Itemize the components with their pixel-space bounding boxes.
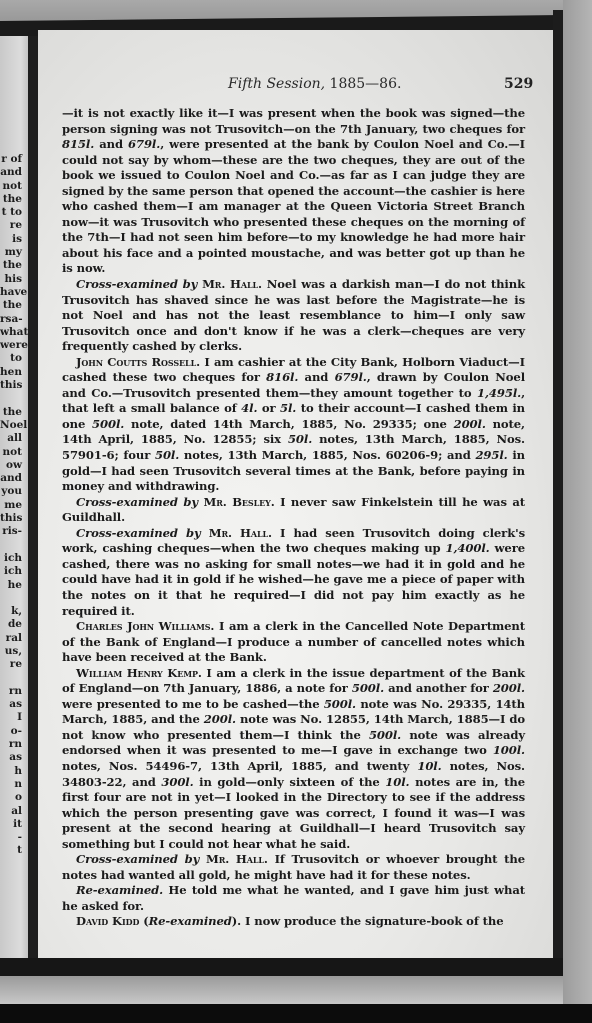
italic-text: 679l. bbox=[128, 137, 160, 151]
margin-fragment: the bbox=[0, 406, 22, 419]
speaker-name: Mr. Hall. bbox=[201, 526, 272, 540]
margin-fragment: as bbox=[0, 698, 22, 711]
italic-text: 5l. bbox=[280, 401, 296, 415]
margin-fragment: not bbox=[0, 180, 22, 193]
margin-fragment: the bbox=[0, 299, 22, 312]
margin-fragment: re is bbox=[0, 219, 22, 246]
session-years: 1885—86. bbox=[325, 76, 401, 92]
text-run: ). I now produce the signature-book of t… bbox=[232, 914, 504, 928]
margin-fragment: Noel bbox=[0, 419, 22, 432]
text-run: were presented to me to be cashed—the bbox=[62, 697, 324, 711]
speaker-name: John Coutts Rossell. bbox=[76, 355, 200, 369]
margin-fragment: this bbox=[0, 379, 22, 392]
margin-fragment: have bbox=[0, 286, 22, 299]
margin-fragment: o bbox=[0, 791, 22, 804]
margin-fragment: - bbox=[0, 831, 22, 844]
margin-fragment: rsa- bbox=[0, 313, 22, 326]
margin-fragment: you bbox=[0, 485, 22, 498]
margin-fragment: k, bbox=[0, 605, 22, 618]
italic-text: 4l. bbox=[241, 401, 257, 415]
italic-text: 200l. bbox=[493, 681, 525, 695]
scan-bottom-border bbox=[0, 1004, 592, 1023]
italic-text: 200l. bbox=[204, 712, 236, 726]
italic-text: 10l. bbox=[417, 759, 441, 773]
margin-fragment: n bbox=[0, 778, 22, 791]
text-run: note, dated 14th March, 1885, No. 29335;… bbox=[124, 417, 453, 431]
margin-fragment: were bbox=[0, 339, 22, 352]
italic-text: 300l. bbox=[161, 775, 193, 789]
margin-fragment: al bbox=[0, 805, 22, 818]
margin-fragment: t bbox=[0, 844, 22, 857]
margin-fragment: all bbox=[0, 432, 22, 445]
scan-frame-bottom-edge bbox=[0, 958, 563, 976]
margin-fragment: this bbox=[0, 512, 22, 525]
margin-fragment: ris- bbox=[0, 525, 22, 538]
speaker-name: Mr. Hall. bbox=[199, 852, 268, 866]
italic-text: 500l. bbox=[352, 681, 384, 695]
scan-bottom-background bbox=[0, 976, 563, 1004]
speaker-name: Mr. Besley. bbox=[198, 495, 275, 509]
paragraph: Cross-examined by Mr. Besley. I never sa… bbox=[62, 495, 525, 526]
margin-fragment: ich bbox=[0, 565, 22, 578]
margin-fragment: ich bbox=[0, 552, 22, 565]
margin-fragment bbox=[0, 672, 22, 685]
text-run: notes, 13th March, 1885, Nos. 60206-9; a… bbox=[179, 448, 475, 462]
margin-fragment: he bbox=[0, 579, 22, 592]
paragraph: Cross-examined by Mr. Hall. I had seen T… bbox=[62, 526, 525, 619]
italic-text: 50l. bbox=[155, 448, 179, 462]
margin-fragment: and bbox=[0, 166, 22, 179]
body-text: —it is not exactly like it—I was present… bbox=[62, 106, 525, 930]
margin-fragment: my bbox=[0, 246, 22, 259]
margin-fragment: o- bbox=[0, 725, 22, 738]
italic-text: 1,400l. bbox=[446, 541, 490, 555]
italic-text: Cross-examined by bbox=[76, 495, 198, 509]
margin-fragment: it bbox=[0, 818, 22, 831]
text-run: or bbox=[257, 401, 280, 415]
margin-fragment: what bbox=[0, 326, 22, 339]
margin-fragment: r of bbox=[0, 153, 22, 166]
italic-text: 1,495l. bbox=[477, 386, 521, 400]
paragraph: Cross-examined by Mr. Hall. If Trusovitc… bbox=[62, 852, 525, 883]
speaker-name: David Kidd bbox=[76, 914, 139, 928]
margin-fragment: me bbox=[0, 499, 22, 512]
scan-right-background bbox=[563, 0, 592, 1023]
margin-fragment: and bbox=[0, 472, 22, 485]
italic-text: 679l. bbox=[335, 370, 367, 384]
paragraph: William Henry Kemp. I am a clerk in the … bbox=[62, 666, 525, 853]
text-run: notes, Nos. 54496-7, 13th April, 1885, a… bbox=[62, 759, 417, 773]
italic-text: 50l. bbox=[288, 432, 312, 446]
margin-fragment bbox=[0, 392, 22, 405]
italic-text: 500l. bbox=[324, 697, 356, 711]
margin-fragment: not bbox=[0, 446, 22, 459]
session-title: Fifth Session, bbox=[228, 76, 325, 92]
paragraph: Charles John Williams. I am a clerk in t… bbox=[62, 619, 525, 666]
facing-page-text-fragments: r ofandnotthet tore ismythehishavethersa… bbox=[0, 153, 22, 858]
margin-fragment: rn bbox=[0, 685, 22, 698]
italic-text: Re-examined. bbox=[76, 883, 163, 897]
speaker-name: Mr. Hall. bbox=[197, 277, 262, 291]
margin-fragment: us, bbox=[0, 645, 22, 658]
running-head-title: Fifth Session, 1885—86. bbox=[228, 76, 401, 92]
speaker-name: William Henry Kemp. bbox=[76, 666, 202, 680]
margin-fragment: the bbox=[0, 259, 22, 272]
text-run: —it is not exactly like it—I was present… bbox=[62, 106, 525, 136]
paragraph: David Kidd (Re-examined). I now produce … bbox=[62, 914, 525, 930]
text-run: and another for bbox=[384, 681, 493, 695]
margin-fragment: re bbox=[0, 658, 22, 671]
italic-text: 295l. bbox=[475, 448, 507, 462]
document-page: Fifth Session, 1885—86. 529 —it is not e… bbox=[38, 30, 553, 958]
text-run: , were presented at the bank by Coulon N… bbox=[62, 137, 525, 275]
margin-fragment: h bbox=[0, 765, 22, 778]
italic-text: 500l. bbox=[369, 728, 401, 742]
margin-fragment: his bbox=[0, 273, 22, 286]
margin-fragment: as bbox=[0, 751, 22, 764]
page-number: 529 bbox=[504, 76, 533, 92]
italic-text: Cross-examined by bbox=[76, 852, 199, 866]
italic-text: 200l. bbox=[454, 417, 486, 431]
facing-page-edge: r ofandnotthet tore ismythehishavethersa… bbox=[0, 36, 30, 964]
margin-fragment: de bbox=[0, 618, 22, 631]
margin-fragment: ral bbox=[0, 632, 22, 645]
margin-fragment bbox=[0, 539, 22, 552]
paragraph: Re-examined. He told me what he wanted, … bbox=[62, 883, 525, 914]
margin-fragment: I bbox=[0, 711, 22, 724]
italic-text: 816l. bbox=[266, 370, 298, 384]
text-run: and bbox=[298, 370, 334, 384]
margin-fragment bbox=[0, 592, 22, 605]
scan-frame-right-edge bbox=[553, 10, 563, 970]
speaker-name: Charles John Williams. bbox=[76, 619, 214, 633]
margin-fragment: rn bbox=[0, 738, 22, 751]
paragraph: John Coutts Rossell. I am cashier at the… bbox=[62, 355, 525, 495]
margin-fragment: the bbox=[0, 193, 22, 206]
italic-text: 815l. bbox=[62, 137, 94, 151]
text-run: in gold—only sixteen of the bbox=[194, 775, 386, 789]
italic-text: Cross-examined by bbox=[76, 277, 197, 291]
margin-fragment: to bbox=[0, 352, 22, 365]
margin-fragment: hen bbox=[0, 366, 22, 379]
book-gutter bbox=[28, 36, 38, 966]
margin-fragment: ow bbox=[0, 459, 22, 472]
italic-text: 500l. bbox=[92, 417, 124, 431]
paragraph: —it is not exactly like it—I was present… bbox=[62, 106, 525, 277]
text-run: and bbox=[94, 137, 128, 151]
running-head: Fifth Session, 1885—86. 529 bbox=[38, 76, 553, 94]
italic-text: Re-examined bbox=[149, 914, 232, 928]
italic-text: Cross-examined by bbox=[76, 526, 201, 540]
italic-text: 100l. bbox=[493, 743, 525, 757]
margin-fragment: t to bbox=[0, 206, 22, 219]
text-run: ( bbox=[139, 914, 148, 928]
italic-text: 10l. bbox=[385, 775, 409, 789]
paragraph: Cross-examined by Mr. Hall. Noel was a d… bbox=[62, 277, 525, 355]
